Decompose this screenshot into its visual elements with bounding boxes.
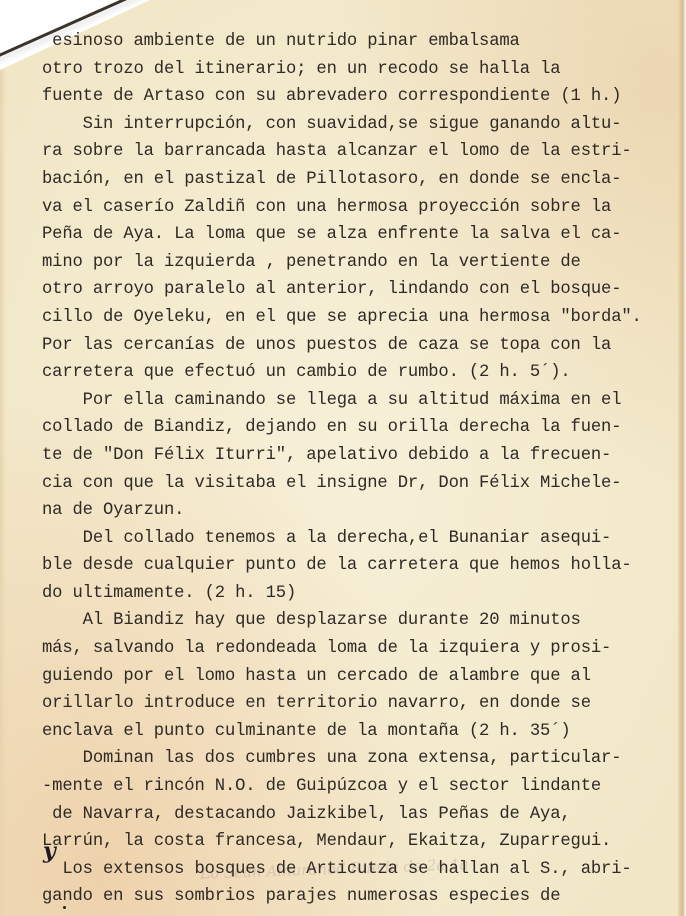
text-line: bación, en el pastizal de Pillotasoro, e… xyxy=(42,166,682,194)
text-line: cillo de Oyeleku, en el que se aprecia u… xyxy=(42,304,682,332)
text-line: orillarlo introduce en territorio navarr… xyxy=(42,690,682,718)
handwritten-mark: y xyxy=(43,838,56,864)
page-left-edge xyxy=(0,0,6,916)
text-line: fuente de Artaso con su abrevadero corre… xyxy=(42,83,682,111)
text-line: collado de Biandiz, dejando en su orilla… xyxy=(42,414,682,442)
text-line: de Navarra, destacando Jaizkibel, las Pe… xyxy=(42,801,682,829)
text-line: Del collado tenemos a la derecha,el Buna… xyxy=(42,525,682,553)
text-line: otro trozo del itinerario; en un recodo … xyxy=(42,56,682,84)
typewritten-text: esinoso ambiente de un nutrido pinar emb… xyxy=(42,28,682,911)
text-line: Dominan las dos cumbres una zona extensa… xyxy=(42,745,682,773)
text-line: na de Oyarzun. xyxy=(42,497,682,525)
text-line: va el caserío Zaldiñ con una hermosa pro… xyxy=(42,194,682,222)
paper-page: Lo Sean Ainuranod Rueda de 2a 1a esinoso… xyxy=(0,0,686,916)
text-line: Al Biandiz hay que desplazarse durante 2… xyxy=(42,607,682,635)
text-line: mino por la izquierda , penetrando en la… xyxy=(42,249,682,277)
text-line: ble desde cualquier punto de la carreter… xyxy=(42,552,682,580)
text-line: Por ella caminando se llega a su altitud… xyxy=(42,387,682,415)
text-line: Larrún, la costa francesa, Mendaur, Ekai… xyxy=(42,828,682,856)
ink-dot xyxy=(63,906,66,909)
text-line: do ultimamente. (2 h. 15) xyxy=(42,580,682,608)
text-line: te de "Don Félix Iturri", apelativo debi… xyxy=(42,442,682,470)
text-line: otro arroyo paralelo al anterior, lindan… xyxy=(42,276,682,304)
text-line: gando en sus sombrios parajes numerosas … xyxy=(42,883,682,911)
text-line: carretera que efectuó un cambio de rumbo… xyxy=(42,359,682,387)
text-line: Los extensos bosques de Articutza se hal… xyxy=(42,856,682,884)
text-line: ra sobre la barrancada hasta alcanzar el… xyxy=(42,138,682,166)
text-line: esinoso ambiente de un nutrido pinar emb… xyxy=(42,28,682,56)
text-line: Sin interrupción, con suavidad,se sigue … xyxy=(42,111,682,139)
text-line: Peña de Aya. La loma que se alza enfrent… xyxy=(42,221,682,249)
text-line: -mente el rincón N.O. de Guipúzcoa y el … xyxy=(42,773,682,801)
text-line: Por las cercanías de unos puestos de caz… xyxy=(42,332,682,360)
text-line: más, salvando la redondeada loma de la i… xyxy=(42,635,682,663)
text-line: cia con que la visitaba el insigne Dr, D… xyxy=(42,470,682,498)
text-line: guiendo por el lomo hasta un cercado de … xyxy=(42,663,682,691)
text-line: enclava el punto culminante de la montañ… xyxy=(42,718,682,746)
